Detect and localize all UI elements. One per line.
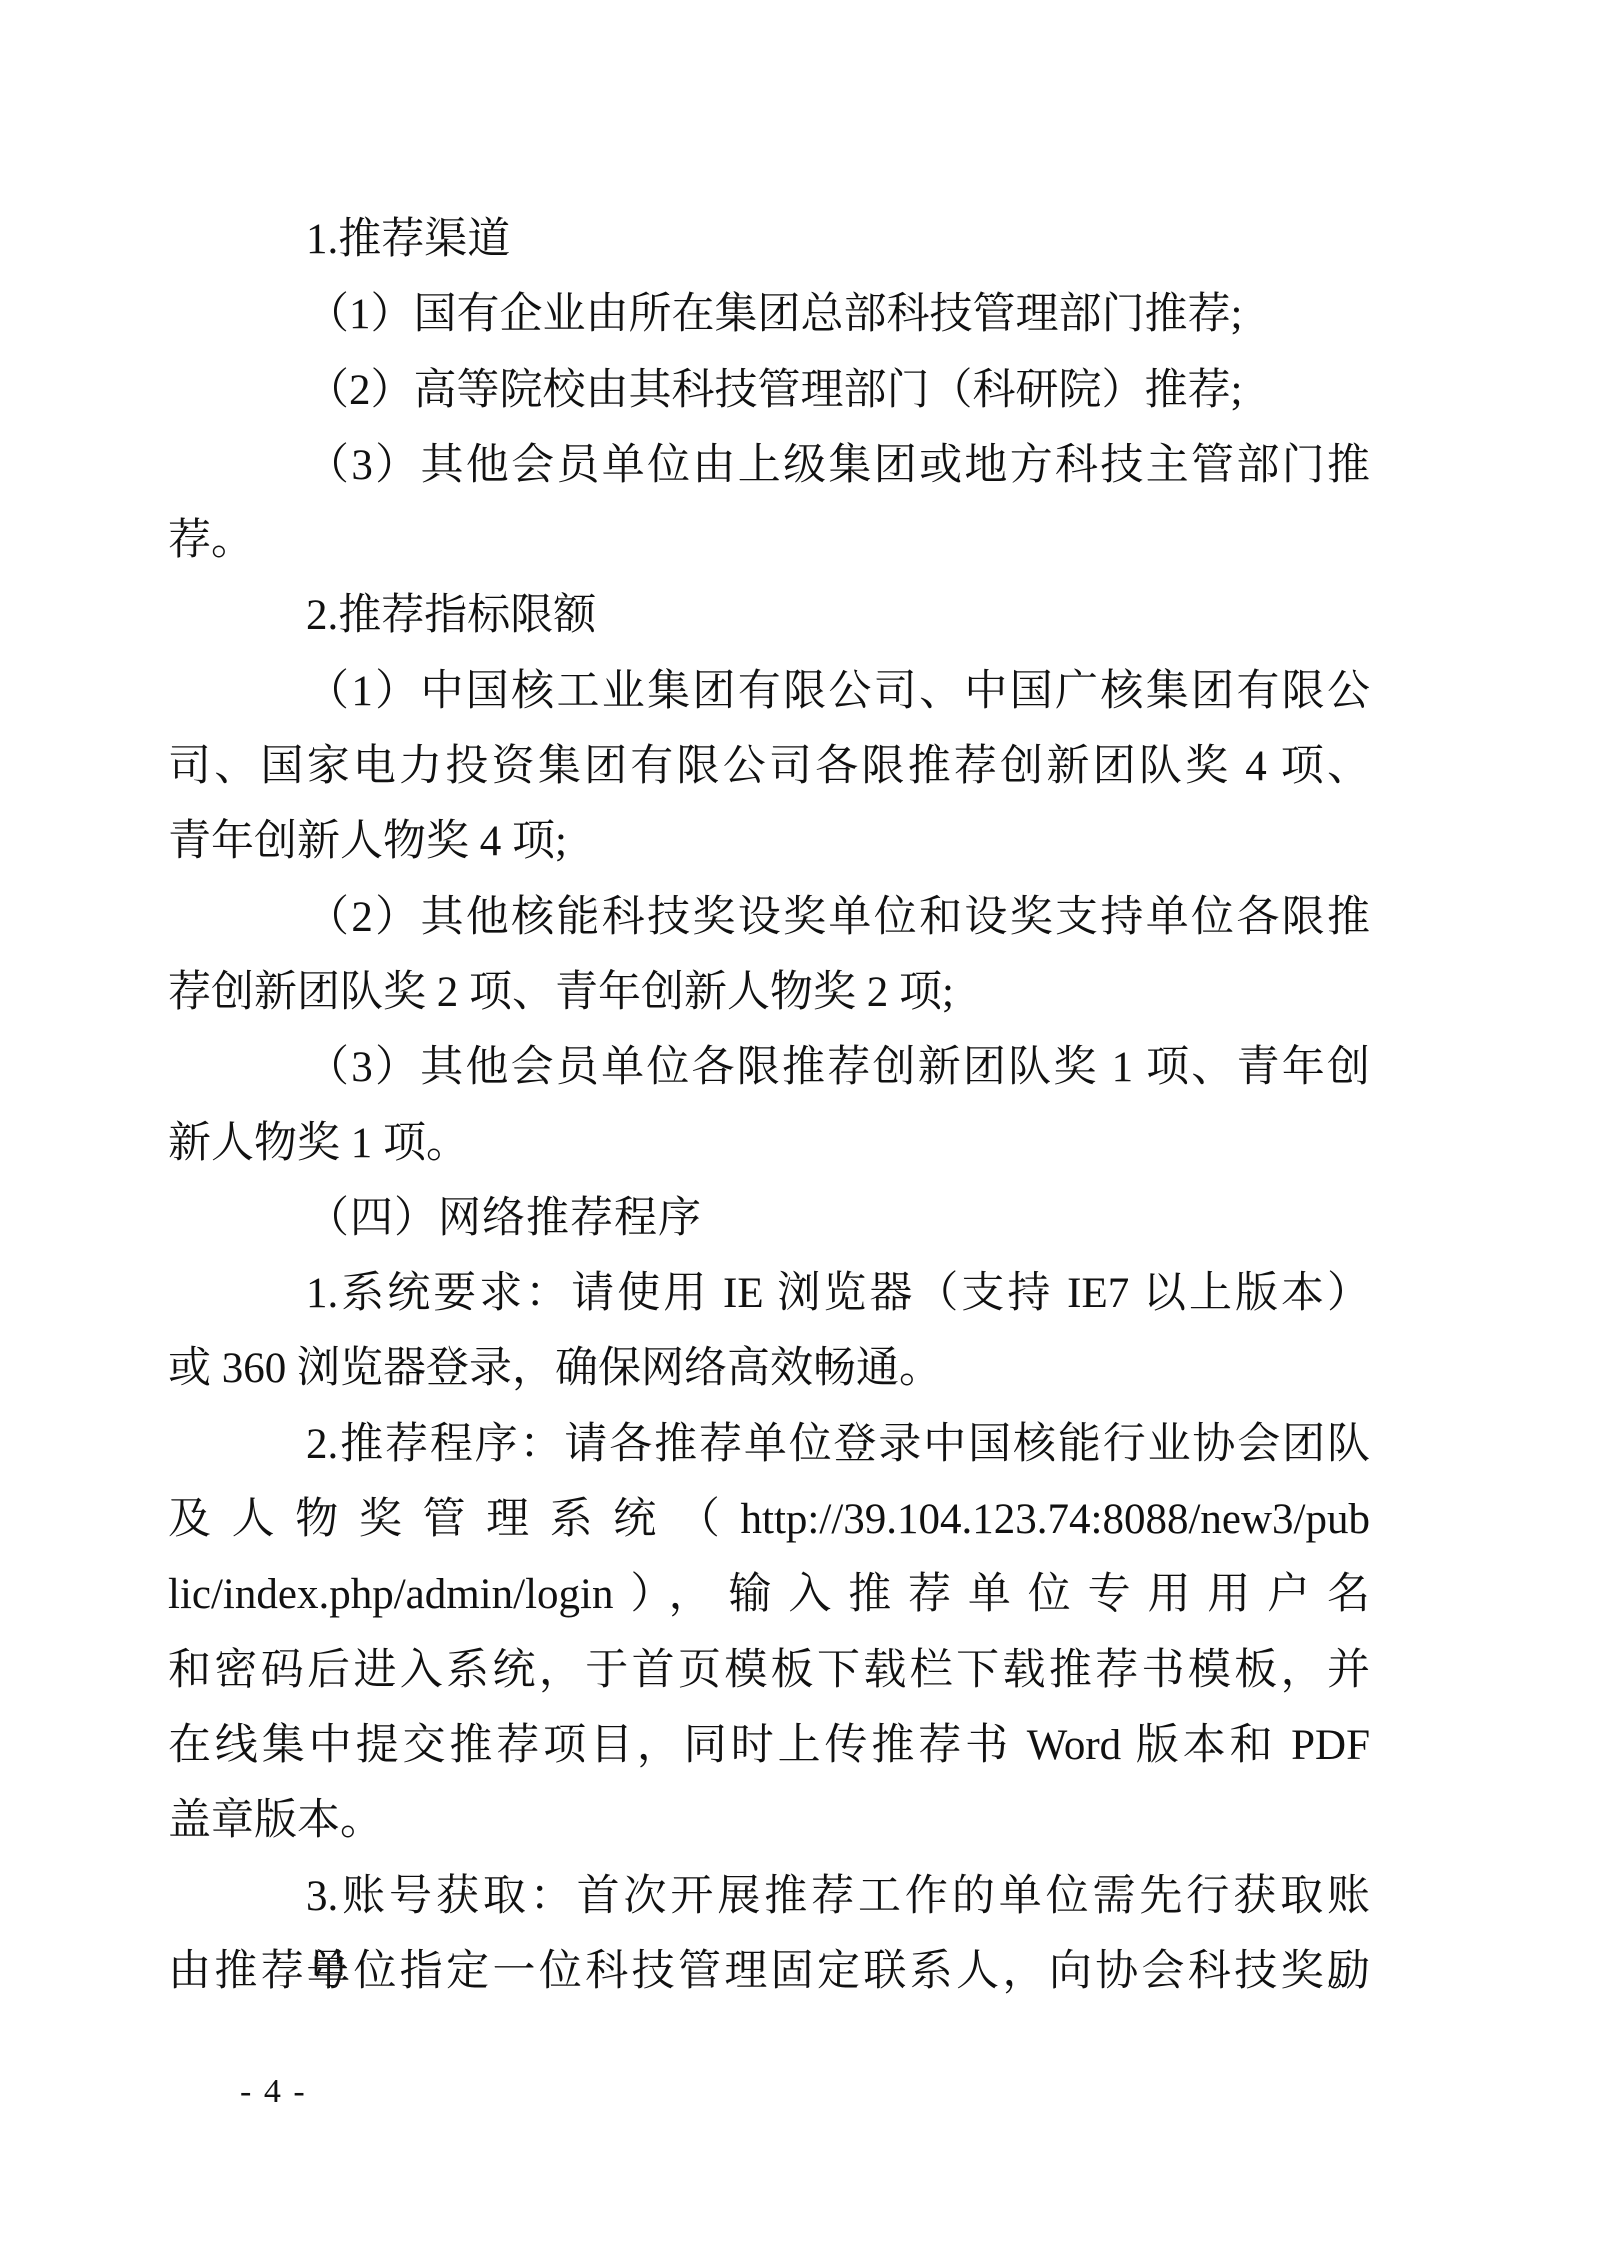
text-line: 或 360 浏览器登录，确保网络高效畅通。 (168, 1331, 1370, 1406)
text-line: 司、国家电力投资集团有限公司各限推荐创新团队奖 4 项、 (168, 729, 1370, 804)
text-line: 2.推荐程序：请各推荐单位登录中国核能行业协会团队 (168, 1407, 1370, 1482)
page-number: - 4 - (240, 2072, 307, 2112)
text-line: （3）其他会员单位由上级集团或地方科技主管部门推 (168, 428, 1370, 503)
text-line: 荐。 (168, 503, 1370, 578)
text-line: 荐创新团队奖 2 项、青年创新人物奖 2 项; (168, 955, 1370, 1030)
text-line: 3.账号获取：首次开展推荐工作的单位需先行获取账号。 (168, 1859, 1370, 1934)
text-line-url: 及人物奖管理系统（http://39.104.123.74:8088/new3/… (168, 1482, 1370, 1557)
text-line: 盖章版本。 (168, 1783, 1370, 1858)
heading-line-1: 1.推荐渠道 (168, 202, 1370, 277)
text-line: 1.系统要求：请使用 IE 浏览器（支持 IE7 以上版本） (168, 1256, 1370, 1331)
section-heading: （四）网络推荐程序 (168, 1181, 1370, 1256)
text-line: 在线集中提交推荐项目，同时上传推荐书 Word 版本和 PDF (168, 1708, 1370, 1783)
text-line: 由推荐单位指定一位科技管理固定联系人，向协会科技奖励 (168, 1934, 1370, 2009)
text-line: （3）其他会员单位各限推荐创新团队奖 1 项、青年创 (168, 1030, 1370, 1105)
text-line-url: lic/index.php/admin/login），输入推荐单位专用用户名 (168, 1557, 1370, 1632)
text-line: （2）其他核能科技奖设奖单位和设奖支持单位各限推 (168, 880, 1370, 955)
text-line: 和密码后进入系统，于首页模板下载栏下载推荐书模板，并 (168, 1633, 1370, 1708)
text-line: 新人物奖 1 项。 (168, 1106, 1370, 1181)
text-line: （1）国有企业由所在集团总部科技管理部门推荐; (168, 277, 1370, 352)
text-line: （2）高等院校由其科技管理部门（科研院）推荐; (168, 353, 1370, 428)
text-line: 青年创新人物奖 4 项; (168, 804, 1370, 879)
document-page: 1.推荐渠道 （1）国有企业由所在集团总部科技管理部门推荐; （2）高等院校由其… (0, 0, 1600, 2262)
document-body: 1.推荐渠道 （1）国有企业由所在集团总部科技管理部门推荐; （2）高等院校由其… (168, 202, 1370, 2009)
text-line: （1）中国核工业集团有限公司、中国广核集团有限公 (168, 654, 1370, 729)
heading-line-2: 2.推荐指标限额 (168, 578, 1370, 653)
